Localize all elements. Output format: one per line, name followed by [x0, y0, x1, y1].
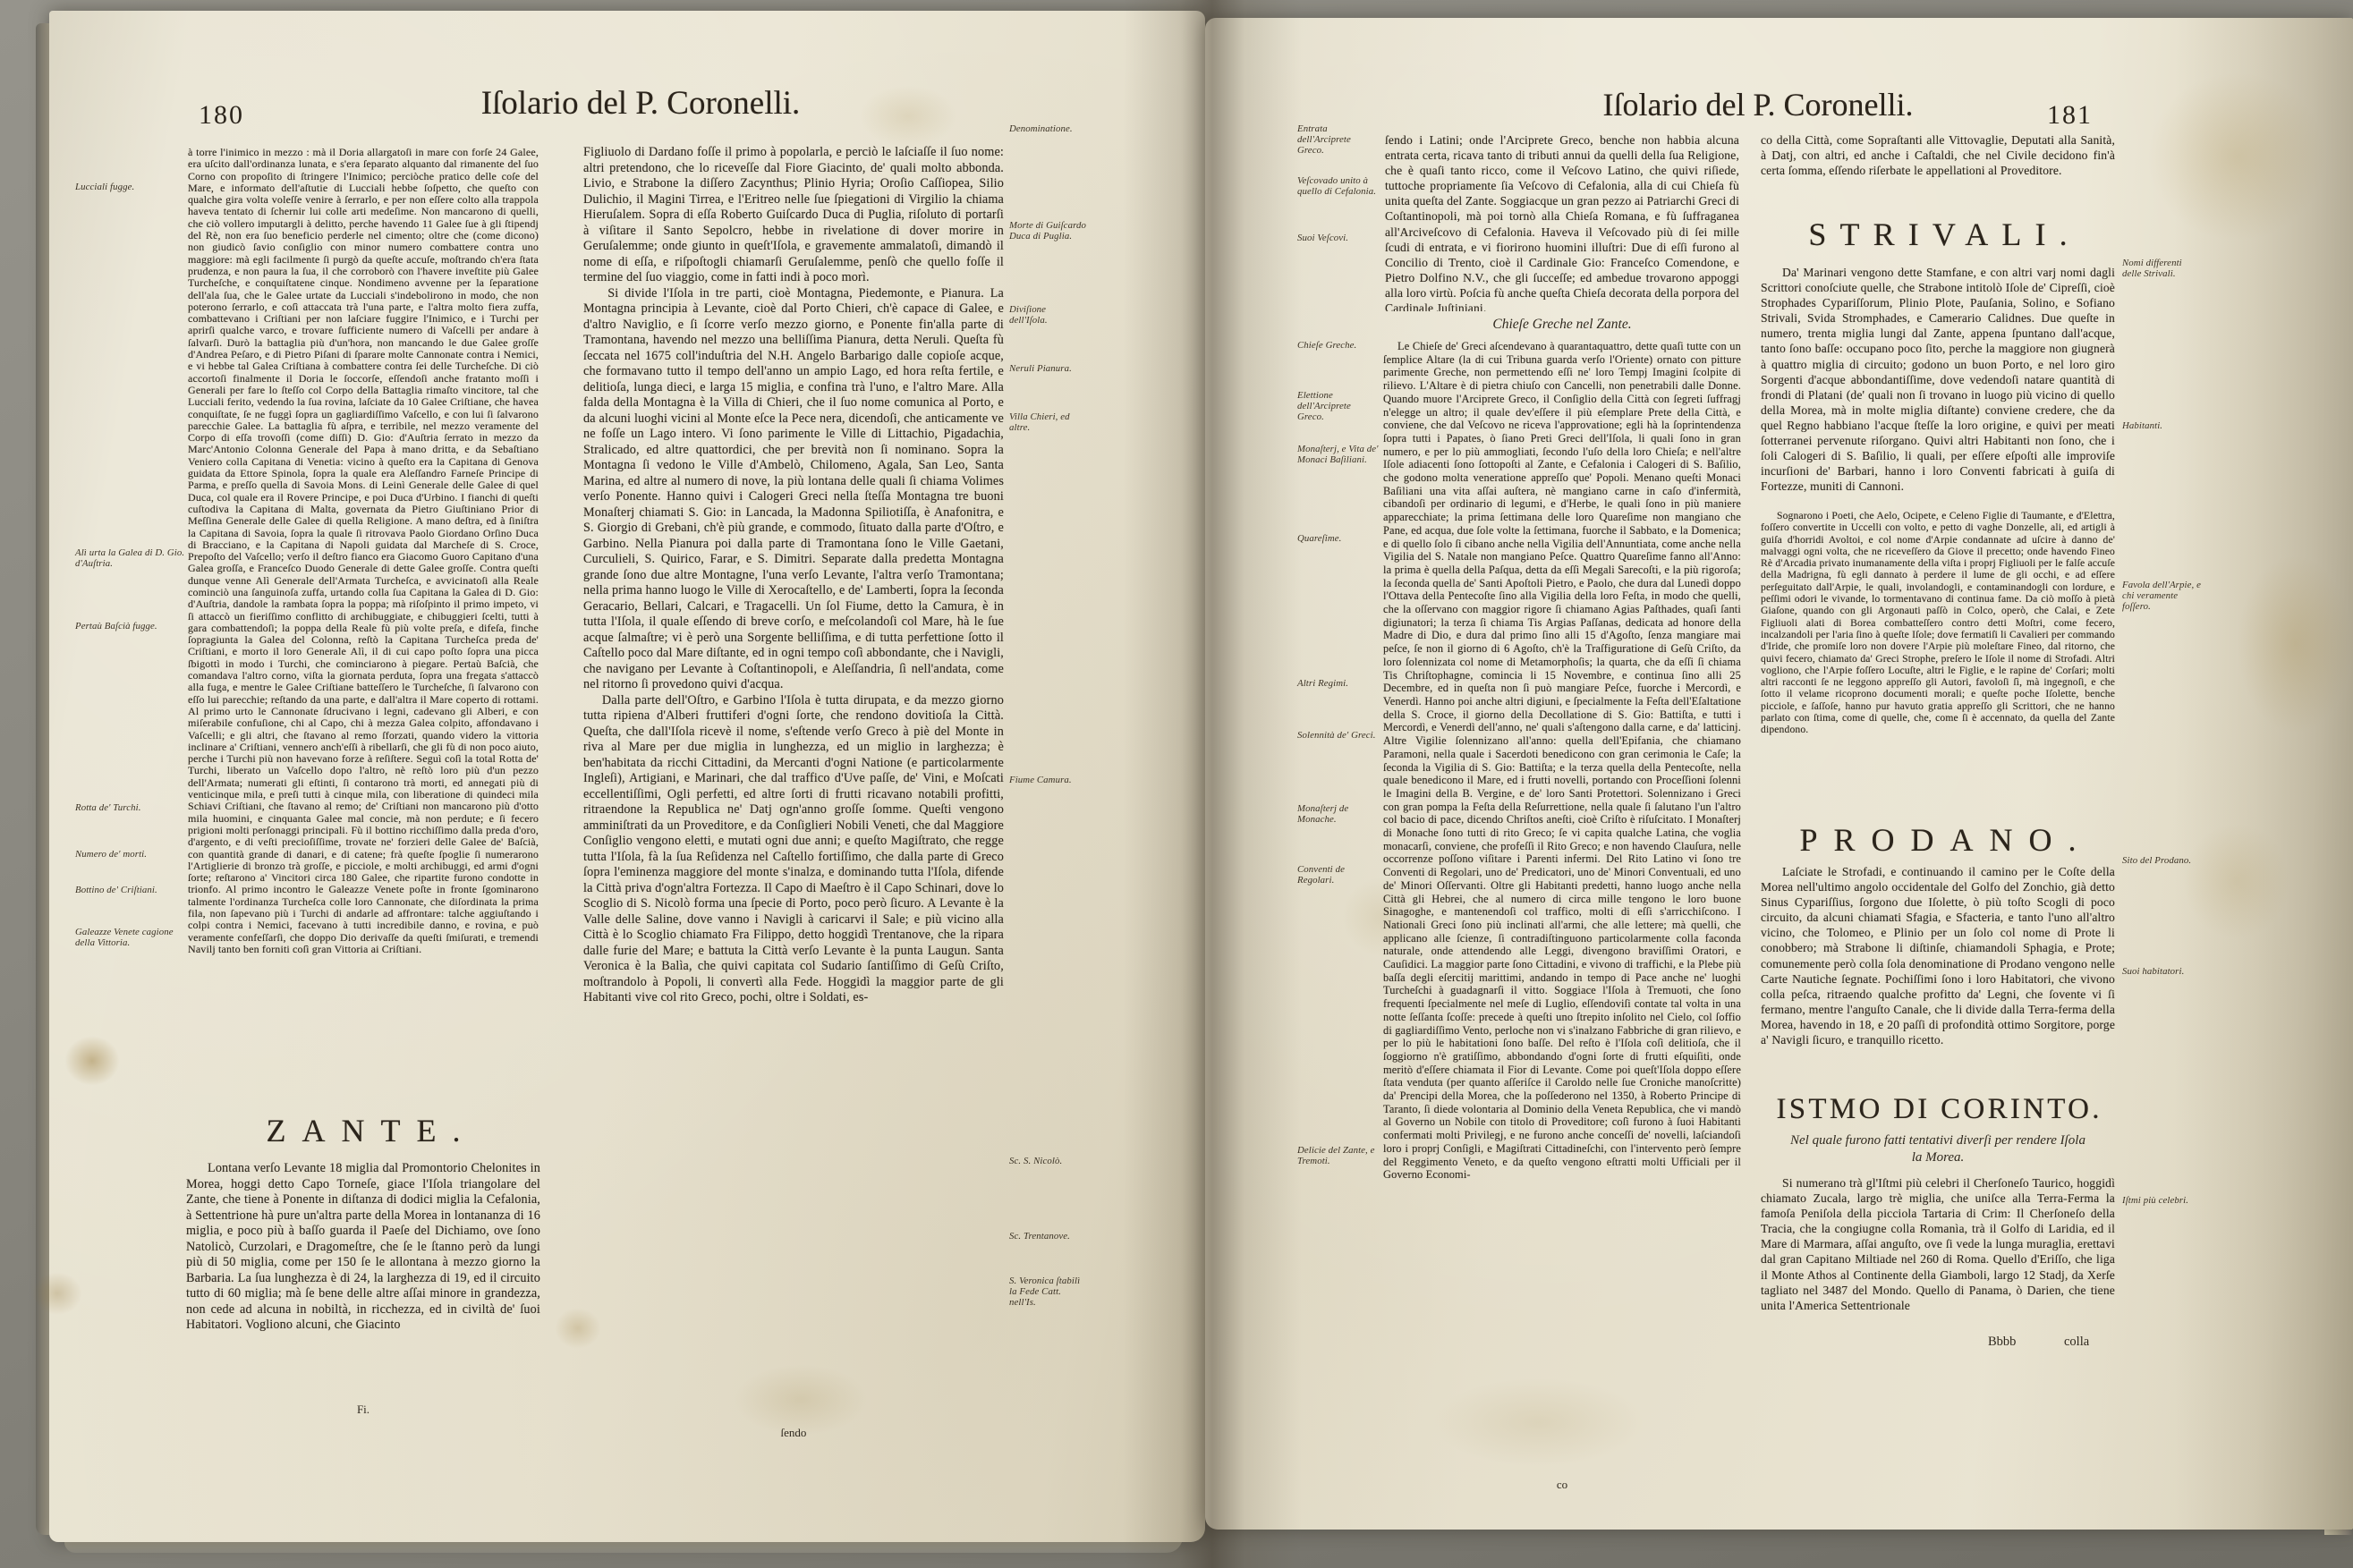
- margin-note: Iſtmi più celebri.: [2122, 1195, 2201, 1206]
- page-number-right: 181: [2047, 100, 2093, 131]
- margin-note: S. Veronica ſtabilì la Fede Catt. nell'I…: [1009, 1276, 1086, 1309]
- margin-note: Entrata dell'Arciprete Greco.: [1297, 123, 1380, 157]
- right-col2-intro: co della Città, come Sopraſtanti alle Vi…: [1761, 132, 2115, 200]
- section-heading-prodano: PRODANO.: [1761, 821, 2115, 859]
- left-col2-text: Figliuolo di Dardano foſſe il primo à po…: [583, 145, 1004, 1419]
- running-title-right: Iſolario del P. Coronelli.: [1472, 86, 2044, 123]
- catchword: co: [1385, 1478, 1739, 1492]
- margin-note: Fiume Camura.: [1009, 775, 1086, 785]
- margin-note: Lucciali fugge.: [75, 182, 188, 192]
- margin-note: Morte di Guiſcardo Duca di Puglia.: [1009, 220, 1086, 242]
- margin-note: Villa Chieri, ed altre.: [1009, 411, 1086, 433]
- margin-note: Pertaù Baſcià fugge.: [75, 621, 188, 631]
- margin-note: Habitanti.: [2122, 420, 2201, 431]
- section-heading-strivali: STRIVALI.: [1761, 216, 2115, 253]
- margin-note: Nomi differenti delle Strivali.: [2122, 258, 2201, 279]
- strivali-fable-text: Sognarono i Poeti, che Aelo, Ocipete, e …: [1761, 510, 2115, 812]
- section-heading-zante: ZANTE.: [188, 1112, 539, 1149]
- margin-note: Monaſterj, e Vita de' Monaci Baſiliani.: [1297, 444, 1380, 465]
- running-title-left: Iſolario del P. Coronelli.: [354, 84, 927, 123]
- catchword: ſendo: [583, 1426, 1004, 1440]
- subheading-chiese-greche: Chieſe Greche nel Zante.: [1385, 317, 1739, 333]
- margin-note: Chieſe Greche.: [1297, 340, 1380, 351]
- margin-note: Sc. S. Nicolò.: [1009, 1156, 1086, 1166]
- strivali-text: Da' Marinari vengono dette Stamfane, e c…: [1761, 265, 2115, 503]
- margin-note: Rotta de' Turchi.: [75, 802, 188, 813]
- margin-note: Numero de' morti.: [75, 849, 188, 860]
- catchword: colla: [2064, 1335, 2089, 1350]
- prodano-text: Laſciate le Strofadi, e continuando il c…: [1761, 864, 2115, 1081]
- istmo-text: Si numerano trà gl'Iſtmi più celebri il …: [1761, 1175, 2115, 1335]
- margin-note: Bottino de' Criſtiani.: [75, 885, 188, 895]
- margin-note: Galeazze Venete cagione della Vittoria.: [75, 927, 188, 948]
- margin-note: Solennità de' Greci.: [1297, 730, 1380, 741]
- istmo-subtitle: Nel quale furono fatti tentativi diverſi…: [1761, 1132, 2115, 1166]
- margin-note: Sito del Prodano.: [2122, 855, 2201, 866]
- section-heading-istmo: ISTMO DI CORINTO.: [1754, 1093, 2122, 1126]
- zante-intro-text: Lontana verſo Levante 18 miglia dal Prom…: [186, 1161, 540, 1394]
- margin-note: Neruli Pianura.: [1009, 363, 1086, 374]
- margin-note: Monaſterj de Monache.: [1297, 803, 1380, 825]
- margin-note: Suoi Veſcovi.: [1297, 233, 1380, 243]
- margin-notes-column: Lucciali fugge.Alì urta la Galea di D. G…: [75, 0, 188, 1568]
- left-col1-text: à torre l'inimico in mezzo : mà il Doria…: [188, 147, 539, 1098]
- margin-note: Sc. Trentanove.: [1009, 1231, 1086, 1242]
- margin-note: Diviſione dell'Iſola.: [1009, 304, 1086, 326]
- book-scan: 180 Iſolario del P. Coronelli. Lucciali …: [0, 0, 2353, 1568]
- gathering-signature: Bbbb: [1988, 1335, 2016, 1350]
- margin-note: Veſcovado unito à quello di Cefalonia.: [1297, 175, 1380, 197]
- margin-notes-column: Nomi differenti delle Strivali.Habitanti…: [2122, 0, 2201, 1568]
- margin-notes-column: Denominatione.Morte di Guiſcardo Duca di…: [1009, 0, 1086, 1568]
- margin-note: Delicie del Zante, e Tremoti.: [1297, 1145, 1380, 1166]
- page-number-left: 180: [199, 100, 244, 131]
- margin-note: Quareſime.: [1297, 533, 1380, 544]
- margin-note: Favola dell'Arpie, e chi veramente foſſe…: [2122, 580, 2201, 613]
- margin-note: Elettione dell'Arciprete Greco.: [1297, 390, 1380, 423]
- margin-note: Alì urta la Galea di D. Gio. d'Auſtria.: [75, 547, 188, 569]
- margin-notes-column: Entrata dell'Arciprete Greco.Veſcovado u…: [1297, 0, 1380, 1568]
- margin-note: Suoi habitatori.: [2122, 966, 2201, 977]
- right-col1-intro: ſendo i Latini; onde l'Arciprete Greco, …: [1385, 132, 1739, 311]
- right-col1-text: Le Chieſe de' Greci aſcendevano à quaran…: [1383, 340, 1741, 1472]
- catchword: Fi.: [188, 1403, 539, 1417]
- margin-note: Conventi de Regolari.: [1297, 864, 1380, 886]
- margin-note: Altri Regimi.: [1297, 678, 1380, 689]
- margin-note: Denominatione.: [1009, 123, 1086, 134]
